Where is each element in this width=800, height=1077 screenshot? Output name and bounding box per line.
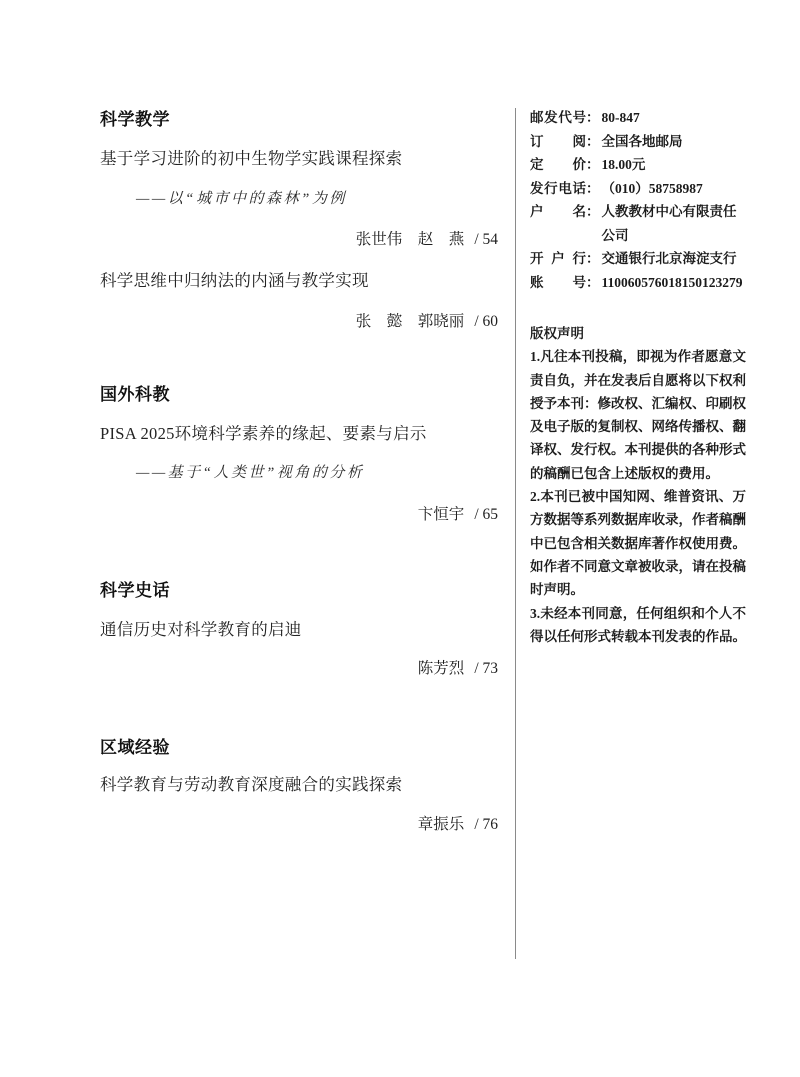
info-label: 订阅 [530,130,586,154]
info-label: 户名 [530,200,586,224]
info-colon: ： [586,106,600,130]
article-page-number: / 73 [474,660,498,677]
copyright-notice: 版权声明 1.凡往本刊投稿，即视为作者愿意文责自负，并在发表后自愿将以下权利授予… [530,322,746,648]
article-page-number: / 76 [474,816,498,833]
article-title: 科学思维中归纳法的内涵与教学实现 [100,270,498,291]
article-authors: 章振乐 [418,816,465,833]
article-authors: 张世伟 赵 燕 [356,231,465,248]
info-row-bank: 开户行：交通银行北京海淀支行 [530,247,748,271]
article-authors: 陈芳烈 [418,660,465,677]
article-authors: 卞恒宇 [418,506,465,523]
info-colon: ： [586,177,600,201]
article-authors: 张 懿 郭晓丽 [356,313,465,330]
article-subtitle: ——基于“人类世”视角的分析 [100,463,534,484]
article-title: 通信历史对科学教育的启迪 [100,619,498,640]
info-colon: ： [586,247,600,271]
info-colon: ： [586,153,600,177]
article-title: 科学教育与劳动教育深度融合的实践探索 [100,774,498,795]
info-colon: ： [586,271,600,295]
info-label: 发行电话 [530,177,586,201]
copyright-clause-2: 2.本刊已被中国知网、维普资讯、万方数据等系列数据库收录，作者稿酬中已包含相关数… [530,485,746,601]
article-subtitle: ——以“城市中的森林”为例 [100,189,534,210]
article-page-number: / 54 [474,231,498,248]
info-label: 邮发代号 [530,106,586,130]
info-colon: ： [586,200,600,224]
info-value: 人教教材中心有限责任公司 [602,200,749,247]
copyright-title: 版权声明 [530,322,746,345]
info-row-account-number: 账号：110060576018150123279 [530,271,748,295]
article-title: 基于学习进阶的初中生物学实践课程探索 [100,148,498,169]
info-colon: ： [586,130,600,154]
article-authors-line: 张 懿 郭晓丽/ 60 [100,311,498,332]
article-authors-line: 陈芳烈/ 73 [100,658,498,679]
copyright-clause-1: 1.凡往本刊投稿，即视为作者愿意文责自负，并在发表后自愿将以下权利授予本刊：修改… [530,345,746,485]
article-authors-line: 张世伟 赵 燕/ 54 [100,229,498,250]
info-value: 全国各地邮局 [602,130,749,154]
column-divider [515,108,516,959]
section-heading-science-teaching: 科学教学 [100,109,498,130]
info-label: 定价 [530,153,586,177]
info-label: 账号 [530,271,586,295]
subscription-info-panel: 邮发代号：80-847 订阅：全国各地邮局 定价：18.00元 发行电话：（01… [530,106,748,294]
article-page-number: / 60 [474,313,498,330]
section-heading-regional-experience: 区域经验 [100,737,498,758]
info-row-account-name: 户名：人教教材中心有限责任公司 [530,200,748,247]
section-heading-foreign-science-education: 国外科教 [100,384,498,405]
info-label: 开户行 [530,247,586,271]
info-value: （010）58758987 [602,177,749,201]
info-row-postal-code: 邮发代号：80-847 [530,106,748,130]
journal-toc-page: 科学教学 基于学习进阶的初中生物学实践课程探索 ——以“城市中的森林”为例 张世… [0,0,800,1077]
info-value: 交通银行北京海淀支行 [602,247,749,271]
article-title: PISA 2025环境科学素养的缘起、要素与启示 [100,423,498,444]
copyright-clause-3: 3.未经本刊同意，任何组织和个人不得以任何形式转载本刊发表的作品。 [530,602,746,649]
article-authors-line: 卞恒宇/ 65 [100,504,498,525]
info-row-subscription: 订阅：全国各地邮局 [530,130,748,154]
section-heading-science-history: 科学史话 [100,580,498,601]
article-page-number: / 65 [474,506,498,523]
article-authors-line: 章振乐/ 76 [100,814,498,835]
info-value: 18.00元 [602,153,749,177]
info-value: 80-847 [602,106,749,130]
info-row-price: 定价：18.00元 [530,153,748,177]
info-row-distribution-phone: 发行电话：（010）58758987 [530,177,748,201]
info-value: 110060576018150123279 [602,271,749,295]
